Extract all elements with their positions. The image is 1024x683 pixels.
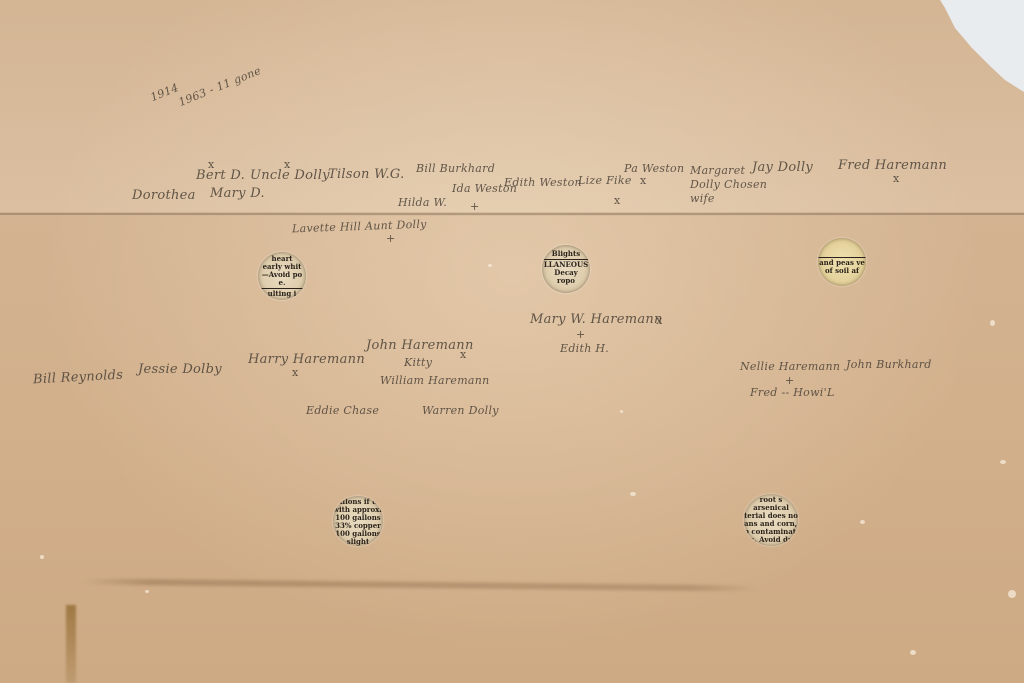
fold-crease (0, 212, 1024, 216)
name-john-burkhard: John Burkhard (846, 358, 932, 371)
paper-speck (620, 410, 623, 413)
mark-plus: + (386, 232, 396, 245)
mark-x: x (640, 174, 647, 187)
aged-paper-sheet: 1914 1963 - 11 gone Bert D. x Uncle Doll… (0, 0, 1024, 683)
paper-speck (488, 264, 492, 267)
name-bill-burkhard: Bill Burkhard (416, 162, 495, 175)
name-warren-dolly: Warren Dolly (422, 404, 499, 417)
name-tilson: Tilson W.G. (328, 167, 405, 182)
mark-x: x (614, 194, 621, 207)
mark-x: x (284, 158, 291, 171)
name-lize-fike: Lize Fike (578, 174, 632, 187)
punched-hole-4: gallons if the with approxi- 100 gallons… (333, 496, 383, 546)
name-john-haremann: John Haremann (366, 338, 474, 353)
edge-stain (66, 605, 76, 683)
name-edith-weston: Edith Weston (504, 176, 582, 189)
name-pa-weston: Pa Weston (624, 162, 684, 175)
mark-plus: + (470, 200, 480, 213)
name-bert-d: Bert D. (196, 168, 245, 183)
name-william-haremann: William Haremann (380, 374, 490, 387)
name-dorothea: Dorothea (132, 188, 196, 203)
paper-speck (1008, 590, 1016, 598)
paper-speck (145, 590, 149, 593)
name-nellie-haremann: Nellie Haremann (740, 360, 840, 373)
name-bill-reynolds: Bill Reynolds (33, 368, 124, 388)
mark-plus: + (576, 328, 586, 341)
name-hilda-w: Hilda W. (398, 196, 447, 209)
paper-speck (630, 492, 636, 496)
paper-speck (860, 520, 865, 524)
mark-x: x (208, 158, 215, 171)
name-fred-howil: Fred -- Howi'L (750, 386, 835, 399)
punched-hole-3: and peas ve of soil af (818, 238, 866, 286)
mark-x: x (893, 172, 900, 185)
name-edith-h: Edith H. (560, 342, 609, 355)
paper-speck (910, 650, 916, 655)
mark-x: x (656, 314, 663, 327)
punched-hole-5: root s arsenical terial does no ans and … (744, 494, 798, 546)
water-stain-line (80, 578, 760, 591)
paper-speck (1000, 460, 1006, 464)
name-harry-haremann: Harry Haremann (248, 352, 365, 367)
name-eddie-chase: Eddie Chase (306, 404, 379, 417)
name-mary-d: Mary D. (210, 186, 265, 201)
punched-hole-2: Blights LLANEOUS Decay ropo (542, 245, 590, 293)
paper-speck (40, 555, 44, 559)
name-kitty: Kitty (404, 356, 432, 369)
name-lavette-hill-aunt-dolly: Lavette Hill Aunt Dolly (292, 218, 427, 236)
name-fred-haremann: Fred Haremann (838, 158, 947, 173)
paper-speck (990, 320, 995, 326)
name-jay-dolly: Jay Dolly (752, 160, 813, 175)
name-mary-w-haremann: Mary W. Haremann (530, 312, 663, 327)
name-jessie-dolby: Jessie Dolby (138, 362, 222, 377)
mark-x: x (292, 366, 299, 379)
punched-hole-1: heart early whit —Avoid po e. ulting i (258, 252, 306, 300)
mark-x: x (460, 348, 467, 361)
